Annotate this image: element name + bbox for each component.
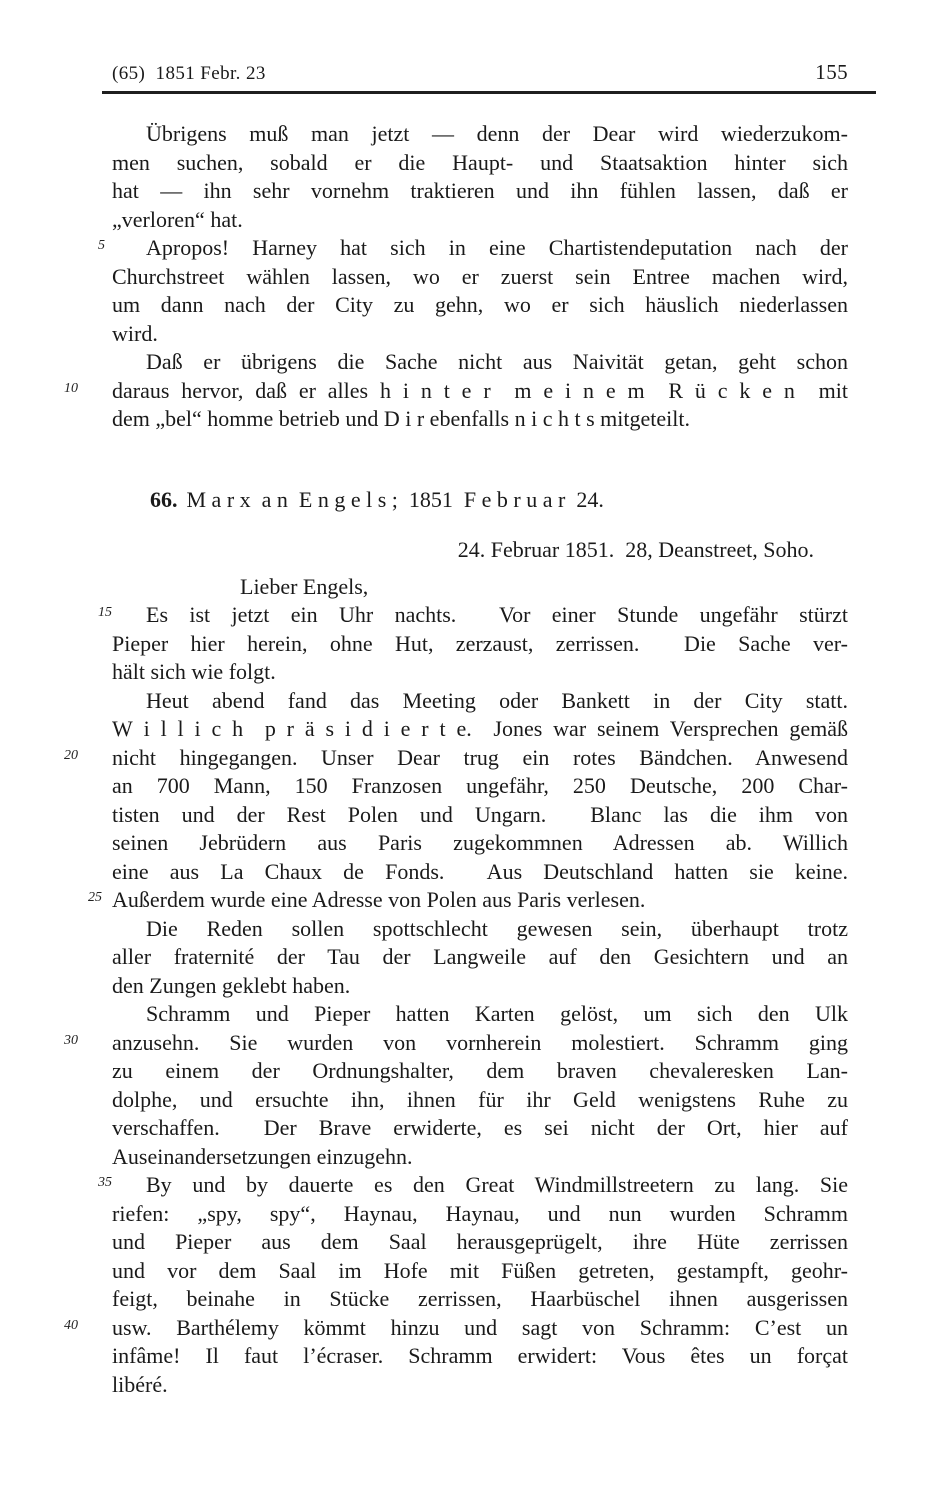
text-line: riefen: „spy, spy“, Haynau, Haynau, und … xyxy=(112,1200,848,1229)
line-text: Schramm und Pieper hatten Karten gelöst,… xyxy=(146,1001,848,1026)
letter-salutation: Lieber Engels, xyxy=(112,573,848,602)
paragraph: Die Reden sollen spottschlecht gewesen s… xyxy=(112,915,848,1001)
text-line: Churchstreet wählen lassen, wo er zuerst… xyxy=(112,263,848,292)
line-text: Daß er übrigens die Sache nicht aus Naiv… xyxy=(146,349,848,374)
line-text: an 700 Mann, 150 Franzosen ungefähr, 250… xyxy=(112,773,848,798)
text-line: an 700 Mann, 150 Franzosen ungefähr, 250… xyxy=(112,772,848,801)
line-text: eine aus La Chaux de Fonds. Aus Deutschl… xyxy=(112,859,848,884)
line-text: tisten und der Rest Polen und Ungarn. Bl… xyxy=(112,802,848,827)
text-line: dolphe, und ersuchte ihn, ihnen für ihr … xyxy=(112,1086,848,1115)
text-line: verschaffen. Der Brave erwiderte, es sei… xyxy=(112,1114,848,1143)
text-line: 30anzusehn. Sie wurden von vornherein mo… xyxy=(112,1029,848,1058)
folio-label: (65) 1851 Febr. 23 xyxy=(112,63,266,85)
text-line: dem „bel“ homme betrieb und D i r ebenfa… xyxy=(112,405,848,434)
line-text: Heut abend fand das Meeting oder Bankett… xyxy=(146,688,848,713)
text-line: den Zungen geklebt haben. xyxy=(112,972,848,1001)
line-text: aller fraternité der Tau der Langweile a… xyxy=(112,944,848,969)
line-number: 5 xyxy=(64,239,102,253)
line-text: Außerdem wurde eine Adresse von Polen au… xyxy=(112,887,645,912)
paragraph: Schramm und Pieper hatten Karten gelöst,… xyxy=(112,1000,848,1171)
page-number: 155 xyxy=(815,60,848,85)
line-text: daraus hervor, daß er alles h i n t e r … xyxy=(112,378,848,403)
line-number: 20 xyxy=(64,749,102,763)
text-line: W i l l i c h p r ä s i d i e r t e. Jon… xyxy=(112,715,848,744)
text-line: aller fraternité der Tau der Langweile a… xyxy=(112,943,848,972)
line-text: usw. Barthélemy kömmt hinzu und sagt von… xyxy=(112,1315,848,1340)
line-number: 30 xyxy=(64,1034,102,1048)
line-number: 40 xyxy=(64,1319,102,1333)
text-line: feigt, beinahe in Stücke zerrissen, Haar… xyxy=(112,1285,848,1314)
text-line: und Pieper aus dem Saal herausgeprügelt,… xyxy=(112,1228,848,1257)
line-text: zu einem der Ordnungshalter, dem braven … xyxy=(112,1058,848,1083)
text-line: 25Außerdem wurde eine Adresse von Polen … xyxy=(112,886,848,915)
line-text: Auseinandersetzungen einzugehn. xyxy=(112,1144,413,1169)
text-line: seinen Jebrüdern aus Paris zugekommnen A… xyxy=(112,829,848,858)
text-line: Schramm und Pieper hatten Karten gelöst,… xyxy=(112,1000,848,1029)
line-text: den Zungen geklebt haben. xyxy=(112,973,350,998)
text-line: wird. xyxy=(112,320,848,349)
text-line: Pieper hier herein, ohne Hut, zerzaust, … xyxy=(112,630,848,659)
paragraph: 5Apropos! Harney hat sich in eine Charti… xyxy=(112,234,848,348)
line-text: Apropos! Harney hat sich in eine Chartis… xyxy=(146,235,848,260)
text-line: 5Apropos! Harney hat sich in eine Charti… xyxy=(112,234,848,263)
text-line: Daß er übrigens die Sache nicht aus Naiv… xyxy=(112,348,848,377)
line-text: hält sich wie folgt. xyxy=(112,659,276,684)
text-line: 15Es ist jetzt ein Uhr nachts. Vor einer… xyxy=(112,601,848,630)
line-text: dolphe, und ersuchte ihn, ihnen für ihr … xyxy=(112,1087,848,1112)
line-text: infâme! Il faut l’écraser. Schramm erwid… xyxy=(112,1343,848,1368)
line-text: Übrigens muß man jetzt — denn der Dear w… xyxy=(146,121,848,146)
text-line: 20nicht hingegangen. Unser Dear trug ein… xyxy=(112,744,848,773)
line-text: Es ist jetzt ein Uhr nachts. Vor einer S… xyxy=(146,602,848,627)
text-line: Die Reden sollen spottschlecht gewesen s… xyxy=(112,915,848,944)
paragraph: Heut abend fand das Meeting oder Bankett… xyxy=(112,687,848,915)
line-number: 25 xyxy=(64,891,102,905)
line-number: 15 xyxy=(64,606,102,620)
paragraph: Daß er übrigens die Sache nicht aus Naiv… xyxy=(112,348,848,434)
line-text: hat — ihn sehr vornehm traktieren und ih… xyxy=(112,178,848,203)
line-text: verschaffen. Der Brave erwiderte, es sei… xyxy=(112,1115,848,1140)
line-text: und vor dem Saal im Hofe mit Füßen getre… xyxy=(112,1258,848,1283)
text-line: Heut abend fand das Meeting oder Bankett… xyxy=(112,687,848,716)
text-line: libéré. xyxy=(112,1371,848,1400)
text-line: 10daraus hervor, daß er alles h i n t e … xyxy=(112,377,848,406)
letter-heading: 66.M a r x a n E n g e l s ; 1851 F e b … xyxy=(112,486,848,515)
heading-number: 66. xyxy=(150,487,178,512)
text-line: um dann nach der City zu gehn, wo er sic… xyxy=(112,291,848,320)
line-text: und Pieper aus dem Saal herausgeprügelt,… xyxy=(112,1229,848,1254)
letter-text: Übrigens muß man jetzt — denn der Dear w… xyxy=(112,120,848,1399)
line-text: Churchstreet wählen lassen, wo er zuerst… xyxy=(112,264,848,289)
line-text: men suchen, sobald er die Haupt- und Sta… xyxy=(112,150,848,175)
page-header: (65) 1851 Febr. 23 155 xyxy=(112,60,848,85)
line-text: nicht hingegangen. Unser Dear trug ein r… xyxy=(112,745,848,770)
line-text: wird. xyxy=(112,321,158,346)
book-page: (65) 1851 Febr. 23 155 Übrigens muß man … xyxy=(0,0,925,1500)
paragraph: 35By und by dauerte es den Great Windmil… xyxy=(112,1171,848,1399)
text-line: hat — ihn sehr vornehm traktieren und ih… xyxy=(112,177,848,206)
header-rule xyxy=(102,91,876,94)
heading-title: M a r x a n E n g e l s ; 1851 F e b r u… xyxy=(187,487,604,512)
line-text: libéré. xyxy=(112,1372,168,1397)
line-text: dem „bel“ homme betrieb und D i r ebenfa… xyxy=(112,406,690,431)
paragraph: Übrigens muß man jetzt — denn der Dear w… xyxy=(112,120,848,234)
text-line: Übrigens muß man jetzt — denn der Dear w… xyxy=(112,120,848,149)
line-text: anzusehn. Sie wurden von vornherein mole… xyxy=(112,1030,848,1055)
text-line: Auseinandersetzungen einzugehn. xyxy=(112,1143,848,1172)
line-text: um dann nach der City zu gehn, wo er sic… xyxy=(112,292,848,317)
line-text: seinen Jebrüdern aus Paris zugekommnen A… xyxy=(112,830,848,855)
text-line: 40usw. Barthélemy kömmt hinzu und sagt v… xyxy=(112,1314,848,1343)
text-line: und vor dem Saal im Hofe mit Füßen getre… xyxy=(112,1257,848,1286)
text-line: tisten und der Rest Polen und Ungarn. Bl… xyxy=(112,801,848,830)
text-line: eine aus La Chaux de Fonds. Aus Deutschl… xyxy=(112,858,848,887)
line-text: W i l l i c h p r ä s i d i e r t e. Jon… xyxy=(112,716,848,741)
line-number: 35 xyxy=(64,1176,102,1190)
line-number: 10 xyxy=(64,382,102,396)
line-text: Pieper hier herein, ohne Hut, zerzaust, … xyxy=(112,631,848,656)
line-text: „verloren“ hat. xyxy=(112,207,243,232)
line-text: By und by dauerte es den Great Windmills… xyxy=(146,1172,848,1197)
text-line: 35By und by dauerte es den Great Windmil… xyxy=(112,1171,848,1200)
line-text: Die Reden sollen spottschlecht gewesen s… xyxy=(146,916,848,941)
line-text: feigt, beinahe in Stücke zerrissen, Haar… xyxy=(112,1286,848,1311)
paragraph: 15Es ist jetzt ein Uhr nachts. Vor einer… xyxy=(112,601,848,687)
text-line: hält sich wie folgt. xyxy=(112,658,848,687)
letter-dateline: 24. Februar 1851. 28, Deanstreet, Soho. xyxy=(112,536,848,565)
text-line: infâme! Il faut l’écraser. Schramm erwid… xyxy=(112,1342,848,1371)
line-text: riefen: „spy, spy“, Haynau, Haynau, und … xyxy=(112,1201,848,1226)
text-line: zu einem der Ordnungshalter, dem braven … xyxy=(112,1057,848,1086)
text-line: „verloren“ hat. xyxy=(112,206,848,235)
text-line: men suchen, sobald er die Haupt- und Sta… xyxy=(112,149,848,178)
